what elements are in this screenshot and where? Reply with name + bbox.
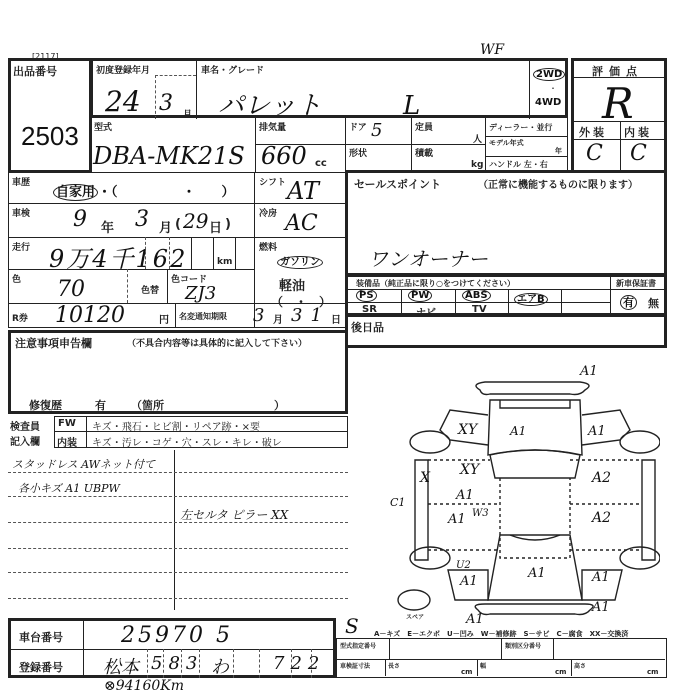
reg-label: 登録番号 (19, 659, 63, 675)
recycle-fee: 10120 (55, 303, 125, 328)
height-label: 高さ (574, 661, 586, 670)
fuel-label: 燃料 (259, 240, 277, 253)
interior-score: C (630, 141, 647, 166)
name-change-label: 名変通知期限 (179, 311, 227, 322)
score-box: 評価点 R 外装 内装 C C (571, 58, 667, 173)
mark-w3: W3 (472, 508, 489, 519)
vehicle-grid: 車歴 自家用・（ ・ ） シフト AT 車検 9 年 3 月 ( 29 日 ) … (8, 172, 348, 328)
top-scribble: WF (480, 42, 504, 58)
name-grade-label: 車名・グレード (201, 63, 264, 76)
mark-rear-hatch: A1 (528, 566, 546, 581)
later-items-box: 後日品 (345, 314, 667, 348)
recycle-label: R券 (12, 311, 28, 324)
width-label: 幅 (480, 661, 486, 670)
inspector-notes: スタッドレス AWネット付て 各小キズ A1 UBPW 左セルタ ピラー XX (8, 450, 348, 610)
note-left-2: 各小キズ A1 UBPW (18, 480, 120, 496)
mark-left-front-door: XY (460, 462, 479, 478)
note-right-3: 左セルタ ピラー XX (180, 506, 288, 523)
mileage-label: 走行 (12, 240, 30, 253)
equip-ps: PS (356, 290, 377, 301)
fw-items: キズ・飛石・ヒビ割・リペア跡・×要 (92, 418, 260, 433)
shift-label: シフト (259, 175, 286, 188)
insp-day: 29 (183, 209, 208, 233)
color-value: 70 (57, 277, 85, 302)
mark-right-rear-door: A2 (592, 510, 611, 526)
fuel-gas: ガソリン (277, 253, 323, 268)
sales-text: ワンオーナー (368, 243, 488, 272)
mark-left-fender: XY (458, 422, 477, 438)
type-designation-label: 型式指定番号 (340, 641, 376, 650)
name-box: 初度登録年月 24 3 月 車名・グレード パレット L 2WD ・ 4WD (90, 58, 568, 118)
interior-label: 内装 (624, 124, 652, 140)
doors: 5 (371, 120, 382, 141)
first-reg-year: 24 (105, 85, 141, 118)
mark-hood: A1 (510, 424, 526, 438)
repair-location: （箇所 ） (131, 397, 285, 413)
interior-items: キズ・汚レ・コゲ・穴・スレ・キレ・破レ (92, 434, 282, 449)
notes-title: 注意事項申告欄 (15, 335, 92, 351)
equipment-box: 装備品（純正品に限り○をつけてください） 新車保証書 PS PW ABS エアB… (345, 274, 667, 316)
displacement-label: 排気量 (259, 120, 286, 133)
color-code: ZJ3 (185, 283, 216, 304)
mark-rear-bumper: A1 (592, 600, 610, 615)
notes-subtitle: （不具合内容等は具体的に記入して下さい） (127, 336, 307, 349)
model-code: DBA-MK21S (93, 142, 245, 170)
model-label: 型式 (94, 120, 112, 133)
warranty-no: 無 (648, 295, 659, 311)
mark-left-rear-door: A1 (448, 512, 466, 527)
handle-label: ハンドル 左・右 (489, 159, 548, 170)
reg-number: 722 (273, 653, 325, 674)
mark-left-sill: X (420, 470, 430, 486)
note-left-1: スタッドレス AWネット付て (12, 456, 155, 472)
sales-title: セールスポイント (354, 176, 441, 192)
notes-box: 注意事項申告欄 （不具合内容等は具体的に記入して下さい） 修復歴 有 （箇所 ） (8, 330, 348, 414)
equip-abs: ABS (462, 290, 491, 301)
mark-front-bumper: A1 (580, 364, 598, 379)
mark-right-quarter: A1 (592, 570, 610, 585)
length-label: 長さ (388, 661, 400, 670)
warranty-label: 新車保証書 (616, 278, 656, 289)
model-row: 型式 DBA-MK21S 排気量 660 cc ドア 5 定員 人 形状 積載 … (90, 117, 568, 173)
usage-value: 自家用・（ ・ ） (53, 181, 235, 200)
lot-label: 出品番号 (13, 63, 57, 79)
chassis-label: 車台番号 (19, 629, 63, 645)
chassis-number: 25970 5 (121, 623, 233, 648)
reg-kana: わ (211, 653, 229, 679)
door-label: ドア (349, 120, 367, 133)
first-reg-label: 初度登録年月 (96, 63, 150, 76)
exterior-label: 外装 (579, 124, 607, 140)
dealer-label: ディーラー・並行 (489, 122, 552, 133)
ac-label: 冷房 (259, 206, 277, 219)
repair-label: 修復歴 (29, 397, 62, 413)
inspection-label: 車検 (12, 206, 30, 219)
lot-number: 2503 (21, 121, 79, 152)
usage-label: 車歴 (12, 175, 30, 188)
mark-u2: U2 (456, 560, 471, 571)
reg-area: 松本 (103, 653, 139, 679)
insp-month: 3 (135, 207, 149, 232)
equip-pw: PW (408, 290, 432, 301)
drive-4wd: 4WD (535, 97, 561, 108)
fuel-diesel: 軽油 (279, 275, 305, 294)
old-mileage: ⊗94160Km (104, 678, 184, 694)
equip-airbag: エアB (514, 290, 548, 305)
mark-right-fender: A1 (588, 424, 606, 439)
inspector-box: 検査員 記入欄 FW キズ・飛石・ヒビ割・リペア跡・×要 内装 キズ・汚レ・コゲ… (8, 416, 348, 448)
warranty-yes: 有 (620, 294, 637, 310)
dim-label: 車検証寸法 (340, 661, 370, 670)
color-change-label: 色替 (141, 283, 159, 296)
interior-field-label: 内装 (57, 434, 77, 449)
corner-mark: S (345, 614, 359, 638)
equipment-title: 装備品（純正品に限り○をつけてください） (356, 278, 515, 289)
mark-right-front-door: A2 (592, 470, 611, 486)
insp-year: 9 (73, 207, 87, 232)
fw-label: FW (58, 418, 76, 429)
name-change-month: 3 (253, 305, 264, 326)
sales-box: セールスポイント （正常に機能するものに限ります） ワンオーナー (345, 170, 667, 276)
first-reg-month: 3 (159, 91, 173, 116)
load-label: 積載 (415, 146, 433, 159)
displacement: 660 (261, 142, 307, 170)
later-items-title: 後日品 (351, 319, 384, 335)
capacity-label: 定員 (415, 120, 433, 133)
mark-c1: C1 (390, 496, 405, 509)
model-year-label: モデル年式 (489, 138, 539, 148)
footer-box: 車台番号 25970 5 登録番号 松本 583 わ 722 (8, 618, 336, 678)
name-change-day: 31 (291, 305, 330, 326)
repair-value: 有 (95, 397, 106, 413)
mark-rear-bumper-left: A1 (466, 612, 484, 627)
damage-diagram: A1 XY A1 A1 XY X A1 A2 A1 A2 W3 U2 A1 A1… (360, 360, 660, 620)
dimensions-box: 型式指定番号 類別区分番号 車検証寸法 長さ cm 幅 cm 高さ cm (336, 638, 667, 678)
mark-left-quarter: A1 (460, 574, 478, 589)
exterior-score: C (586, 141, 603, 166)
spare-label: スペア (406, 612, 424, 621)
sales-note: （正常に機能するものに限ります） (478, 176, 638, 191)
car-outline-icon (360, 360, 660, 620)
shift-value: AT (287, 177, 319, 205)
category-label: 類別区分番号 (505, 641, 541, 650)
mark-left-door-a1: A1 (456, 488, 474, 503)
lot-box: 出品番号 2503 (8, 58, 92, 173)
shape-label: 形状 (349, 146, 367, 159)
ac-value: AC (285, 211, 318, 236)
color-label: 色 (12, 272, 21, 285)
reg-class: 583 (151, 653, 203, 674)
drive-2wd: 2WD (533, 69, 565, 80)
